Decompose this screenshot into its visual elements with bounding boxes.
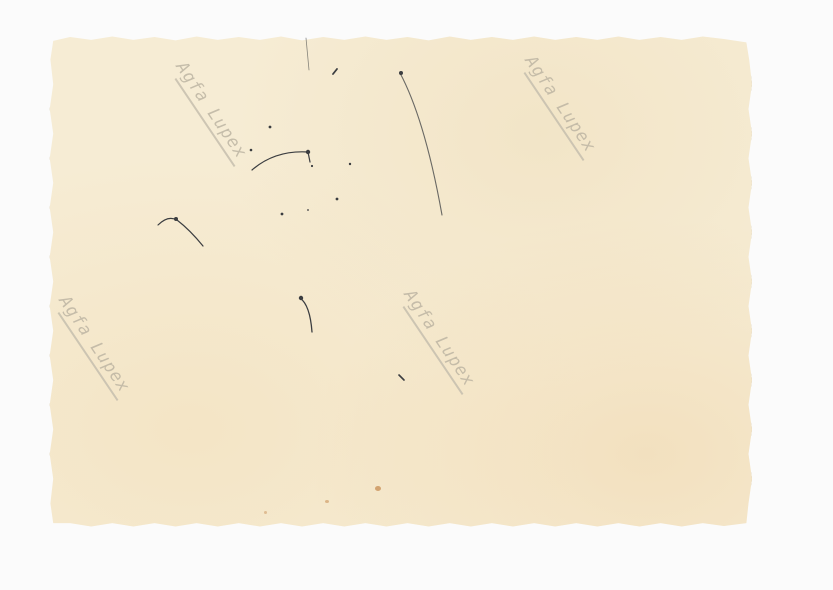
stain-spot [325, 500, 329, 503]
ink-marks [0, 0, 833, 590]
stain-spot [375, 486, 381, 491]
stain-spot [264, 511, 267, 514]
